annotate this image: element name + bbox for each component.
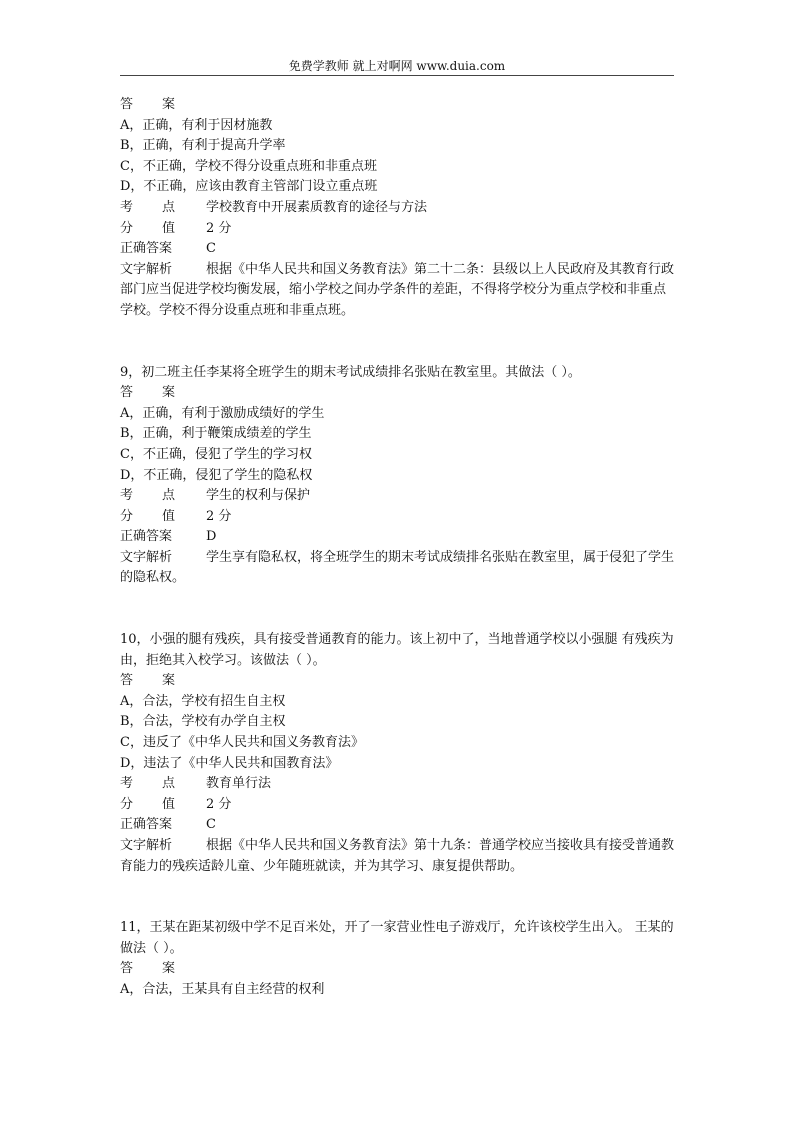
question-text: 11，王某在距某初级中学不足百米处，开了一家营业性电子游戏厅，允许该校学生出入。… <box>120 918 675 959</box>
score-value: 2 分 <box>206 509 231 524</box>
spacer <box>120 589 675 630</box>
option-b: B，正确，有利于提高升学率 <box>120 136 675 157</box>
option-a: A，合法，王某具有自主经营的权利 <box>120 980 675 1001</box>
document-body: 答案 A，正确，有利于因材施教 B，正确，有利于提高升学率 C，不正确，学校不得… <box>120 95 675 1001</box>
option-a: A，正确，有利于激励成绩好的学生 <box>120 404 675 425</box>
option-d: D，不正确，应该由教育主管部门设立重点班 <box>120 177 675 198</box>
question-8: 答案 A，正确，有利于因材施教 B，正确，有利于提高升学率 C，不正确，学校不得… <box>120 95 675 322</box>
question-11: 11，王某在距某初级中学不足百米处，开了一家营业性电子游戏厅，允许该校学生出入。… <box>120 918 675 1000</box>
option-c: C，违反了《中华人民共和国义务教育法》 <box>120 733 675 754</box>
correct-answer-row: 正确答案C <box>120 815 675 836</box>
answer-label-row: 答案 <box>120 383 675 404</box>
option-b: B，合法，学校有办学自主权 <box>120 712 675 733</box>
correct-answer: C <box>206 817 216 832</box>
knowledge-point: 教育单行法 <box>206 776 271 791</box>
score-value: 2 分 <box>206 797 231 812</box>
score-row: 分值2 分 <box>120 219 675 240</box>
option-c: C，不正确，学校不得分设重点班和非重点班 <box>120 157 675 178</box>
explanation-row: 文字解析根据《中华人民共和国义务教育法》第二十二条：县级以上人民政府及其教育行政… <box>120 260 675 322</box>
answer-label-row: 答案 <box>120 95 675 116</box>
correct-answer: C <box>206 241 216 256</box>
option-a: A，合法，学校有招生自主权 <box>120 692 675 713</box>
question-text: 10，小强的腿有残疾，具有接受普通教育的能力。该上初中了，当地普通学校以小强腿 … <box>120 630 675 671</box>
explanation-row: 文字解析根据《中华人民共和国义务教育法》第十九条：普通学校应当接收具有接受普通教… <box>120 836 675 877</box>
question-9: 9，初二班主任李某将全班学生的期末考试成绩排名张贴在教室里。其做法（ ）。 答案… <box>120 363 675 590</box>
question-text: 9，初二班主任李某将全班学生的期末考试成绩排名张贴在教室里。其做法（ ）。 <box>120 363 675 384</box>
knowledge-point: 学校教育中开展素质教育的途径与方法 <box>206 200 427 215</box>
answer-label-row: 答案 <box>120 959 675 980</box>
answer-label-row: 答案 <box>120 671 675 692</box>
option-d: D，违法了《中华人民共和国教育法》 <box>120 754 675 775</box>
option-b: B，正确，利于鞭策成绩差的学生 <box>120 424 675 445</box>
score-row: 分值2 分 <box>120 795 675 816</box>
knowledge-point-row: 考点教育单行法 <box>120 774 675 795</box>
knowledge-point: 学生的权利与保护 <box>206 488 310 503</box>
knowledge-point-row: 考点学生的权利与保护 <box>120 486 675 507</box>
page-header: 免费学教师 就上对啊网 www.duia.com <box>120 58 674 74</box>
spacer <box>120 322 675 363</box>
score-row: 分值2 分 <box>120 507 675 528</box>
option-a: A，正确，有利于因材施教 <box>120 116 675 137</box>
option-d: D，不正确，侵犯了学生的隐私权 <box>120 466 675 487</box>
correct-answer-row: 正确答案D <box>120 527 675 548</box>
spacer <box>120 877 675 918</box>
knowledge-point-row: 考点学校教育中开展素质教育的途径与方法 <box>120 198 675 219</box>
option-c: C，不正确，侵犯了学生的学习权 <box>120 445 675 466</box>
header-divider <box>120 75 674 76</box>
header-text: 免费学教师 就上对啊网 www.duia.com <box>289 59 505 73</box>
question-10: 10，小强的腿有残疾，具有接受普通教育的能力。该上初中了，当地普通学校以小强腿 … <box>120 630 675 877</box>
correct-answer-row: 正确答案C <box>120 239 675 260</box>
correct-answer: D <box>206 529 216 544</box>
explanation-row: 文字解析学生享有隐私权，将全班学生的期末考试成绩排名张贴在教室里，属于侵犯了学生… <box>120 548 675 589</box>
score-value: 2 分 <box>206 221 231 236</box>
